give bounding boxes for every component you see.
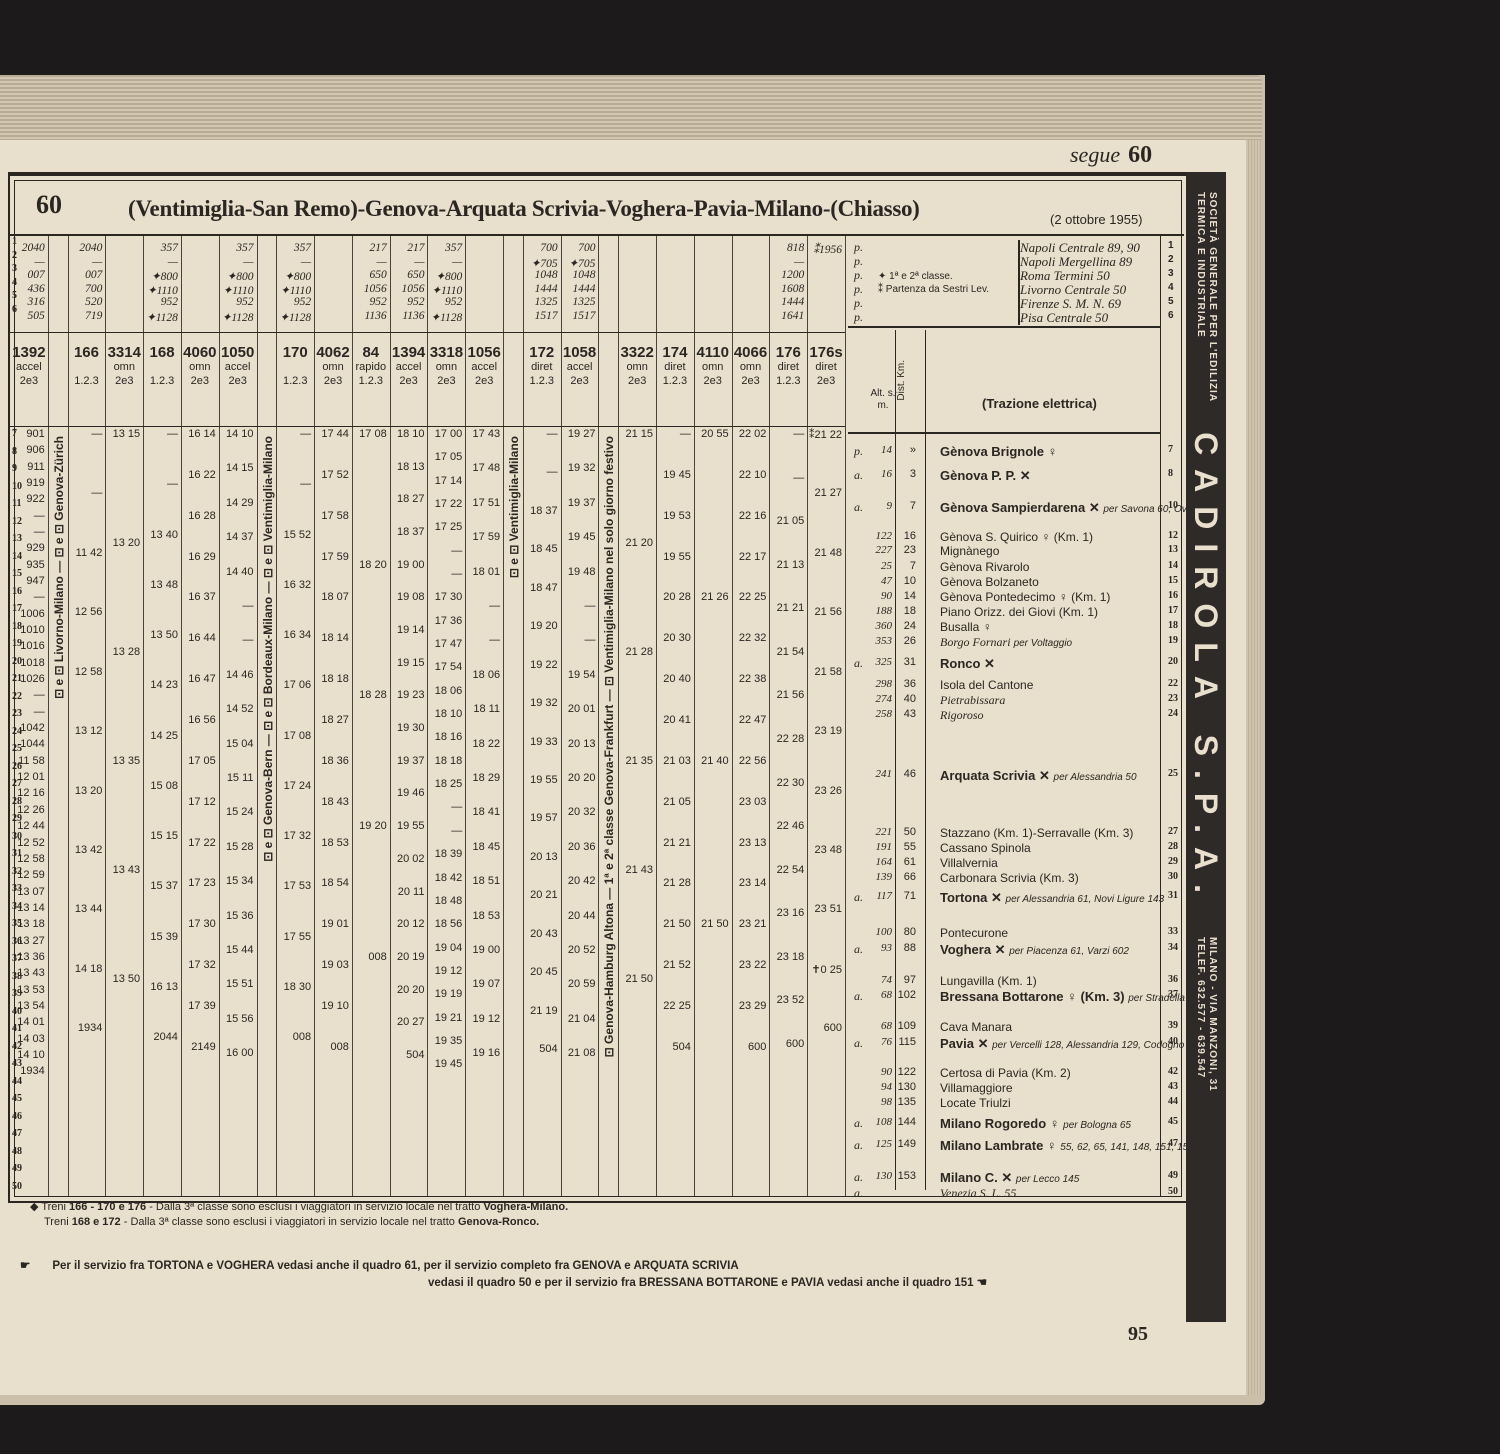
train-header: 4066omn2e3 bbox=[732, 346, 770, 388]
time-cell: 17 53 bbox=[276, 880, 314, 892]
time-cell: 17 54 bbox=[428, 661, 466, 673]
time-cell: 19 55 bbox=[523, 774, 561, 786]
time-cell: 13 35 bbox=[105, 755, 143, 767]
distance-km: 40 bbox=[894, 693, 916, 705]
time-cell: 13 44 bbox=[68, 903, 106, 915]
time-cell: 20 02 bbox=[390, 853, 428, 865]
line-number: 16 bbox=[1168, 590, 1178, 601]
train-type: accel bbox=[16, 361, 42, 373]
time-cell: 18 28 bbox=[352, 689, 390, 701]
line-number: 8 bbox=[1168, 468, 1173, 479]
line-number: 37 bbox=[1168, 989, 1178, 1000]
altitude: 16 bbox=[868, 468, 892, 480]
train-number: 84 bbox=[352, 346, 390, 360]
time-cell: 12 56 bbox=[68, 606, 106, 618]
time-cell: 18 01 bbox=[465, 566, 503, 578]
time-cell: 18 10 bbox=[390, 428, 428, 440]
time-cell: 17 30 bbox=[428, 591, 466, 603]
altitude: 68 bbox=[868, 989, 892, 1001]
time-cell: 22 02 bbox=[732, 428, 770, 440]
origin-time: 700 bbox=[68, 283, 106, 295]
time-cell: 21 21 bbox=[769, 602, 807, 614]
time-cell: 008 bbox=[314, 1041, 352, 1053]
time-cell: 17 59 bbox=[314, 551, 352, 563]
altitude: 241 bbox=[868, 768, 892, 780]
time-cell: 17 52 bbox=[314, 469, 352, 481]
line-number: 30 bbox=[1168, 871, 1178, 882]
line-number: 14 bbox=[1168, 560, 1178, 571]
row-number: 15 bbox=[12, 568, 22, 579]
time-cell: 11 42 bbox=[68, 547, 106, 559]
route-label: ⊡ Genova-Hamburg Altona — 1ª e 2ª classe… bbox=[602, 436, 616, 1057]
altitude: 139 bbox=[868, 871, 892, 883]
row-number: 50 bbox=[12, 1181, 22, 1192]
time-cell: 13 42 bbox=[68, 844, 106, 856]
station-row: a.130153Milano C. ✕ per Lecco 14549 bbox=[848, 1170, 1178, 1186]
train-column: 2040—0077005207191661.2.3——11 4212 5612 … bbox=[68, 236, 107, 1196]
time-cell: 19 30 bbox=[390, 722, 428, 734]
time-cell: — bbox=[276, 428, 314, 440]
train-number: 3314 bbox=[105, 346, 143, 360]
origin-time: ✦705 bbox=[561, 256, 599, 270]
distance-km: 122 bbox=[894, 1066, 916, 1078]
origin-time: ⁑1956 bbox=[807, 242, 845, 256]
origin-time: ✦1110 bbox=[143, 283, 181, 297]
train-class: 2e3 bbox=[570, 375, 588, 387]
time-cell: 16 29 bbox=[181, 551, 219, 563]
origin-time: 952 bbox=[428, 296, 466, 308]
altitude: 90 bbox=[868, 1066, 892, 1078]
train-header: 1701.2.3 bbox=[276, 346, 314, 388]
altitude: 25 bbox=[868, 560, 892, 572]
train-type: omn bbox=[114, 361, 135, 373]
time-cell: 17 32 bbox=[276, 830, 314, 842]
origin-time: 1325 bbox=[523, 296, 561, 308]
time-cell: 22 46 bbox=[769, 820, 807, 832]
time-cell: 22 30 bbox=[769, 777, 807, 789]
arrival-departure-mark: a. bbox=[854, 1170, 863, 1185]
train-type: omn bbox=[189, 361, 210, 373]
station-name: Isola del Cantone bbox=[940, 678, 1033, 692]
time-cell: 23 26 bbox=[807, 785, 845, 797]
time-cell: 16 28 bbox=[181, 510, 219, 522]
origin-time: ✦800 bbox=[143, 269, 181, 283]
altitude: 68 bbox=[868, 1020, 892, 1032]
time-cell: 15 44 bbox=[219, 944, 257, 956]
origin-divider bbox=[1018, 240, 1020, 325]
pointing-hand-icon: ☚ bbox=[977, 1277, 987, 1289]
time-cell: 16 44 bbox=[181, 632, 219, 644]
train-number: 4062 bbox=[314, 346, 352, 360]
origin-time: — bbox=[219, 256, 257, 268]
line-number: 22 bbox=[1168, 678, 1178, 689]
time-cell: 22 25 bbox=[732, 591, 770, 603]
line-number: 47 bbox=[1168, 1138, 1178, 1149]
train-column: 217—6501056952113684rapido1.2.317 0818 2… bbox=[352, 236, 391, 1196]
time-cell: 20 36 bbox=[561, 841, 599, 853]
origin-time: ✦1110 bbox=[276, 283, 314, 297]
train-header: 1392accel2e3 bbox=[10, 346, 48, 388]
distance-km: » bbox=[894, 444, 916, 456]
origin-time: 1444 bbox=[769, 296, 807, 308]
time-cell: 21 27 bbox=[807, 487, 845, 499]
train-class: 1.2.3 bbox=[150, 375, 174, 387]
time-cell: — bbox=[428, 801, 466, 813]
time-cell: 19 57 bbox=[523, 812, 561, 824]
origin-row: p.Firenze S. M. N. 695 bbox=[850, 296, 1180, 310]
train-type: omn bbox=[702, 361, 723, 373]
station-name: Gènova Rivarolo bbox=[940, 560, 1029, 574]
station-row: 4710Gènova Bolzaneto 15 bbox=[848, 575, 1178, 591]
origin-time: 650 bbox=[390, 269, 428, 281]
row-number: 48 bbox=[12, 1146, 22, 1157]
train-type: omn bbox=[322, 361, 343, 373]
time-cell: 13 43 bbox=[105, 864, 143, 876]
time-cell: 19 45 bbox=[428, 1058, 466, 1070]
origin-time: ✦1128 bbox=[276, 310, 314, 324]
station-row: 36024Busalla ♀ 18 bbox=[848, 620, 1178, 636]
altitude: 227 bbox=[868, 544, 892, 556]
time-cell: 16 32 bbox=[276, 579, 314, 591]
train-number: 1392 bbox=[10, 346, 48, 360]
time-cell: 20 40 bbox=[656, 673, 694, 685]
row-number: 24 bbox=[12, 726, 22, 737]
time-cell: 15 04 bbox=[219, 738, 257, 750]
time-cell: 21 40 bbox=[694, 755, 732, 767]
distance-km: 7 bbox=[894, 560, 916, 572]
line-number: 49 bbox=[1168, 1170, 1178, 1181]
time-cell: — bbox=[523, 428, 561, 440]
time-cell: 14 37 bbox=[219, 531, 257, 543]
train-number: 4110 bbox=[694, 346, 732, 360]
time-cell: 20 32 bbox=[561, 806, 599, 818]
train-header: 3322omn2e3 bbox=[618, 346, 656, 388]
time-cell: 18 27 bbox=[314, 714, 352, 726]
time-cell: 20 44 bbox=[561, 910, 599, 922]
row-number: 9 bbox=[12, 463, 17, 474]
distance-km: 24 bbox=[894, 620, 916, 632]
arrival-departure-mark: a. bbox=[854, 1036, 863, 1051]
time-cell: 16 22 bbox=[181, 469, 219, 481]
train-class: 1.2.3 bbox=[663, 375, 687, 387]
altitude: 9 bbox=[868, 500, 892, 512]
time-cell: 20 01 bbox=[561, 703, 599, 715]
row-number: 35 bbox=[12, 918, 22, 929]
time-cell: 2149 bbox=[181, 1041, 219, 1053]
altitude: 353 bbox=[868, 635, 892, 647]
time-cell: 21 52 bbox=[656, 959, 694, 971]
train-header: 3314omn2e3 bbox=[105, 346, 143, 388]
line-number: 17 bbox=[1168, 605, 1178, 616]
time-cell: 18 51 bbox=[465, 875, 503, 887]
row-number: 45 bbox=[12, 1093, 22, 1104]
origin-rule bbox=[848, 326, 1160, 328]
altitude: 325 bbox=[868, 656, 892, 668]
station-name: Arquata Scrivia ✕ per Alessandria 50 bbox=[940, 768, 1137, 784]
row-number: 22 bbox=[12, 691, 22, 702]
time-cell: 20 52 bbox=[561, 944, 599, 956]
train-column: 700✦7051048144413251517172diret1.2.3——18… bbox=[523, 236, 562, 1196]
time-cell: 20 27 bbox=[390, 1016, 428, 1028]
altitude: 130 bbox=[868, 1170, 892, 1182]
train-number: 166 bbox=[68, 346, 106, 360]
time-cell: 22 32 bbox=[732, 632, 770, 644]
time-cell: 20 43 bbox=[523, 928, 561, 940]
origin-time: 1200 bbox=[769, 269, 807, 281]
time-cell: 19 48 bbox=[561, 566, 599, 578]
ad-line2: TERMICA E INDUSTRIALE bbox=[1195, 192, 1206, 338]
train-column: 3314omn2e313 1513 2013 2813 3513 4313 50 bbox=[105, 236, 144, 1196]
origin-time: 007 bbox=[68, 269, 106, 281]
time-cell: 23 18 bbox=[769, 951, 807, 963]
train-class: 2e3 bbox=[741, 375, 759, 387]
station-name: Lungavilla (Km. 1) bbox=[940, 974, 1037, 988]
time-cell: 22 54 bbox=[769, 864, 807, 876]
time-cell: 20 55 bbox=[694, 428, 732, 440]
station-name: Venezia S. L. 55 bbox=[940, 1186, 1016, 1201]
arrival-departure-mark: a. bbox=[854, 500, 863, 515]
origin-time: — bbox=[390, 256, 428, 268]
time-cell: 19 23 bbox=[390, 689, 428, 701]
station-row: a.108144Milano Rogoredo ♀ per Bologna 65… bbox=[848, 1116, 1178, 1132]
station-row: 29836Isola del Cantone 22 bbox=[848, 678, 1178, 694]
line-number: 24 bbox=[1168, 708, 1178, 719]
time-cell: 15 11 bbox=[219, 772, 257, 784]
line-number: 27 bbox=[1168, 826, 1178, 837]
time-cell: 23 29 bbox=[732, 1000, 770, 1012]
altitude: 221 bbox=[868, 826, 892, 838]
time-cell: 19 35 bbox=[428, 1035, 466, 1047]
train-type: omn bbox=[626, 361, 647, 373]
time-cell: 17 48 bbox=[465, 462, 503, 474]
train-type: accel bbox=[225, 361, 251, 373]
row-number: 28 bbox=[12, 796, 22, 807]
row-number: 11 bbox=[12, 498, 21, 509]
train-number: 1394 bbox=[390, 346, 428, 360]
train-type: accel bbox=[471, 361, 497, 373]
symbol-legend: ✦ 1ª e 2ª classe. ⁑ Partenza da Sestri L… bbox=[878, 270, 989, 296]
time-cell: 22 10 bbox=[732, 469, 770, 481]
station-name: Pontecurone bbox=[940, 926, 1008, 940]
distance-km: 31 bbox=[894, 656, 916, 668]
row-number: 39 bbox=[12, 988, 22, 999]
line-number: 40 bbox=[1168, 1036, 1178, 1047]
train-number: 1056 bbox=[465, 346, 503, 360]
time-cell: 17 14 bbox=[428, 475, 466, 487]
time-cell: 18 18 bbox=[428, 755, 466, 767]
time-cell: 21 58 bbox=[807, 666, 845, 678]
time-cell: 14 10 bbox=[219, 428, 257, 440]
train-header: 84rapido1.2.3 bbox=[352, 346, 390, 388]
time-cell: 17 05 bbox=[181, 755, 219, 767]
station-row: a.125149Milano Lambrate ♀ 55, 62, 65, 14… bbox=[848, 1138, 1178, 1154]
time-cell: 20 19 bbox=[390, 951, 428, 963]
origin-row: p.Pisa Centrale 506 bbox=[850, 310, 1180, 324]
time-cell: 13 20 bbox=[68, 785, 106, 797]
time-cell: 19 00 bbox=[390, 559, 428, 571]
distance-km: 109 bbox=[894, 1020, 916, 1032]
train-class: 2e3 bbox=[817, 375, 835, 387]
distance-km: 23 bbox=[894, 544, 916, 556]
train-column: 174diret1.2.3—19 4519 5319 5520 2820 302… bbox=[656, 236, 695, 1196]
time-cell: 17 59 bbox=[465, 531, 503, 543]
time-cell: 20 11 bbox=[390, 886, 428, 898]
line-number: 13 bbox=[1168, 544, 1178, 555]
time-cell: 15 56 bbox=[219, 1013, 257, 1025]
time-cell: 16 00 bbox=[219, 1047, 257, 1059]
time-cell: 16 47 bbox=[181, 673, 219, 685]
station-row: 13966Carbonara Scrivia (Km. 3) 30 bbox=[848, 871, 1178, 887]
time-cell: 22 17 bbox=[732, 551, 770, 563]
time-cell: 14 15 bbox=[219, 462, 257, 474]
time-cell: — bbox=[428, 568, 466, 580]
train-column: ⁑1956176sdiret2e3⁑21 2221 2721 4821 5621… bbox=[807, 236, 846, 1196]
train-header: 1681.2.3 bbox=[143, 346, 181, 388]
time-cell: — bbox=[656, 428, 694, 440]
row-number: 27 bbox=[12, 778, 22, 789]
time-cell: 21 21 bbox=[656, 837, 694, 849]
time-cell: — bbox=[561, 600, 599, 612]
time-cell: 15 15 bbox=[143, 830, 181, 842]
time-cell: 17 12 bbox=[181, 796, 219, 808]
station-name: Cassano Spinola bbox=[940, 841, 1031, 855]
time-cell: 008 bbox=[352, 951, 390, 963]
train-column: 1056accel2e317 4317 4817 5117 5918 01——1… bbox=[465, 236, 504, 1196]
station-name: Gènova P. P. ✕ bbox=[940, 468, 1031, 484]
origin-time: ✦705 bbox=[523, 256, 561, 270]
row-number: 37 bbox=[12, 953, 22, 964]
origin-time: — bbox=[428, 256, 466, 268]
time-cell: 14 29 bbox=[219, 497, 257, 509]
arrival-departure-mark: p. bbox=[854, 444, 863, 459]
station-name: Bressana Bottarone ♀ (Km. 3) per Stradel… bbox=[940, 989, 1204, 1004]
train-column: 357—✦800✦1110952✦11281681.2.3——13 4013 4… bbox=[143, 236, 182, 1196]
altitude: 298 bbox=[868, 678, 892, 690]
time-cell: 18 47 bbox=[523, 582, 561, 594]
row-number: 17 bbox=[12, 603, 22, 614]
time-cell: 600 bbox=[732, 1041, 770, 1053]
time-cell: 19 37 bbox=[390, 755, 428, 767]
traction-header: (Trazione elettrica) bbox=[982, 396, 1097, 411]
time-cell: 18 45 bbox=[465, 841, 503, 853]
line-number: 18 bbox=[1168, 620, 1178, 631]
time-cell: 18 53 bbox=[314, 837, 352, 849]
alt-header: Alt. s. m. bbox=[868, 388, 898, 412]
train-number: 174 bbox=[656, 346, 694, 360]
time-cell: 14 23 bbox=[143, 679, 181, 691]
train-header: 1056accel2e3 bbox=[465, 346, 503, 388]
time-cell: 19 46 bbox=[390, 787, 428, 799]
arrival-departure-mark: a. bbox=[854, 890, 863, 905]
time-cell: — bbox=[219, 600, 257, 612]
time-cell: 23 52 bbox=[769, 994, 807, 1006]
distance-km: 18 bbox=[894, 605, 916, 617]
line-number: 28 bbox=[1168, 841, 1178, 852]
time-cell: 14 25 bbox=[143, 730, 181, 742]
station-name: Certosa di Pavia (Km. 2) bbox=[940, 1066, 1071, 1080]
footnote-3: ☛Per il servizio fra TORTONA e VOGHERA v… bbox=[60, 1258, 987, 1292]
time-cell: 17 30 bbox=[181, 918, 219, 930]
row-number: 1 bbox=[12, 236, 17, 247]
time-cell: 16 37 bbox=[181, 591, 219, 603]
arrival-departure-mark: a. bbox=[854, 1116, 863, 1131]
train-column: 818—1200160814441641176diret1.2.3——21 05… bbox=[769, 236, 808, 1196]
time-cell: 19 53 bbox=[656, 510, 694, 522]
time-cell: 22 56 bbox=[732, 755, 770, 767]
time-cell: — bbox=[143, 478, 181, 490]
time-cell: 21 26 bbox=[694, 591, 732, 603]
time-cell: 16 14 bbox=[181, 428, 219, 440]
time-cell: 20 20 bbox=[561, 772, 599, 784]
line-number: 23 bbox=[1168, 693, 1178, 704]
time-cell: 17 39 bbox=[181, 1000, 219, 1012]
station-name: Busalla ♀ bbox=[940, 620, 992, 634]
origin-time: — bbox=[68, 256, 106, 268]
time-cell: 19 03 bbox=[314, 959, 352, 971]
row-number: 25 bbox=[12, 743, 22, 754]
station-row: 98135Locate Triulzi 44 bbox=[848, 1096, 1178, 1112]
train-column: 4110omn2e320 5521 2621 4021 50 bbox=[694, 236, 733, 1196]
row-number: 8 bbox=[12, 446, 17, 457]
distance-km: 14 bbox=[894, 590, 916, 602]
distance-km: 149 bbox=[894, 1138, 916, 1150]
row-number: 49 bbox=[12, 1163, 22, 1174]
distance-km: 153 bbox=[894, 1170, 916, 1182]
origin-time: 1048 bbox=[561, 269, 599, 281]
row-number: 18 bbox=[12, 621, 22, 632]
time-cell: 18 06 bbox=[465, 669, 503, 681]
time-cell: 22 25 bbox=[656, 1000, 694, 1012]
altitude: 258 bbox=[868, 708, 892, 720]
time-cell: 18 20 bbox=[352, 559, 390, 571]
footnote-1: ◆ Treni 166 - 170 e 176 - Dalla 3ª class… bbox=[30, 1200, 568, 1215]
train-class: 2e3 bbox=[191, 375, 209, 387]
time-cell: 23 14 bbox=[732, 877, 770, 889]
train-header: 174diret1.2.3 bbox=[656, 346, 694, 388]
time-cell: 600 bbox=[807, 1022, 845, 1034]
time-cell: 18 43 bbox=[314, 796, 352, 808]
altitude: 108 bbox=[868, 1116, 892, 1128]
distance-km: 144 bbox=[894, 1116, 916, 1128]
time-cell: 17 22 bbox=[428, 498, 466, 510]
time-cell: 19 20 bbox=[352, 820, 390, 832]
line-number: 34 bbox=[1168, 942, 1178, 953]
origin-time: ✦800 bbox=[428, 269, 466, 283]
line-number: 25 bbox=[1168, 768, 1178, 779]
station-row: a.32531Ronco ✕ 20 bbox=[848, 656, 1178, 672]
time-cell: 17 24 bbox=[276, 780, 314, 792]
arrival-departure-mark: a. bbox=[854, 468, 863, 483]
train-number: 172 bbox=[523, 346, 561, 360]
origin-time: 1641 bbox=[769, 310, 807, 322]
footnote-2: Treni 168 e 172 - Dalla 3ª classe sono e… bbox=[30, 1215, 568, 1230]
altitude: 191 bbox=[868, 841, 892, 853]
time-cell: 18 06 bbox=[428, 685, 466, 697]
arrival-departure-mark: a. bbox=[854, 1138, 863, 1153]
train-column: 357—✦800✦1110952✦11283318omn2e317 0017 0… bbox=[428, 236, 467, 1196]
row-number: 21 bbox=[12, 673, 22, 684]
pointing-hand-icon: ☛ bbox=[20, 1260, 30, 1272]
time-cell: 18 13 bbox=[390, 461, 428, 473]
train-header: 1058accel2e3 bbox=[561, 346, 599, 388]
time-cell: 15 36 bbox=[219, 910, 257, 922]
train-number: 1058 bbox=[561, 346, 599, 360]
train-header: 1394accel2e3 bbox=[390, 346, 428, 388]
time-cell: 16 34 bbox=[276, 629, 314, 641]
time-cell: 17 00 bbox=[428, 428, 466, 440]
row-number: 31 bbox=[12, 848, 22, 859]
distance-km: 26 bbox=[894, 635, 916, 647]
